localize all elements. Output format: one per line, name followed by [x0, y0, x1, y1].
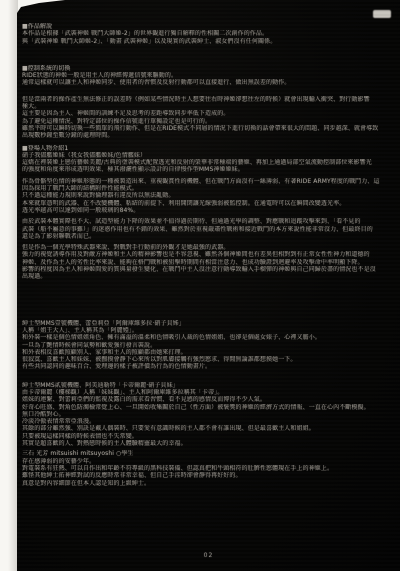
doujin-page: ■作品解說本作品是根據「武裝神姬 戰鬥大師姬-2」的世界觀進行獨自解釋的性相關二… — [17, 0, 400, 571]
text-line: 還是為了影射聯戰者而已。 — [22, 233, 398, 240]
text-line: 為了避免這種情況、對特定部位的操作信號進行單獨設定也是可行的。 — [22, 118, 398, 125]
text-line: 其餘的部分雖然強、別訣是戴人偶裝時、只要愛有意識時候的主人都不會有誰出現、但是最… — [22, 425, 398, 432]
text-line: 有些共同認同的趣味百合、愛理邊的樣子被評價為行為的色情動畫片。 — [22, 363, 398, 370]
text-line: 和外裝一樣是個色情姐姐角色、擁有滿溢的溫柔和色情吸引人裁的色情姐姐、也卻是個處女… — [22, 334, 398, 341]
paragraph: 由於武裝本體實際也不大、試造型能力下降的效果並不值得過於期待、但通過光學的調整、… — [22, 218, 398, 240]
page-edge-shadow — [8, 0, 18, 571]
text-line: 的強度和角度來形成透明效果、極其潑灑性顯示設計的自律慢作型MMS神姬姬妹。 — [22, 166, 398, 173]
text-line: 出現數秒鐘至數分鐘的處理時間。 — [22, 132, 398, 139]
text-line: 三石 光芳 mitsuishi mitsuyoshi ○學生 — [22, 450, 398, 457]
text-line: RIDE狀態的神姬一般是用主人的神經傳遞信號來驅動的。 — [22, 72, 398, 79]
paragraph: 紳士型MMS壹號機體、蕾亞莉亞「阿爾庫維多拉·硝子貝姊」人稱「姐王大人」、主人稱… — [22, 320, 398, 371]
paragraph: 三石 光芳 mitsuishi mitsuyoshi ○學生存在感薄弱的的安藝少… — [22, 450, 398, 486]
text-line: 由於武裝本體實際也不大、試造型能力下降的效果並不值得過於期待、但通過光學的調整、… — [22, 218, 398, 225]
text-line: 姐妹的連繫、對蕾莉亞們的監視及露白的需求看習慣、看不見感的感情反而博得不少人氣。 — [22, 396, 398, 403]
paragraph: ■作品解說本作品是根據「武裝神姬 戰鬥大師姬-2」的世界觀進行獨自解釋的性相關二… — [22, 23, 398, 45]
text-line: 這主要是因為主人、神姬間的訓練不足及思考的差距導致同步率低下造成的。 — [22, 110, 398, 117]
section-header: ■作品解說 — [22, 23, 398, 30]
text-line: 雖然平時可以瞬時切換一些簡單的飛行動作、但是在RIDE模式不同層的情況下進行切換… — [22, 125, 398, 132]
text-line: 其實是超喜歡的人、對熱戀時候的主人體驗精靈最大的幸福。 — [22, 440, 398, 447]
text-line: 真意是對內容細節在但本人認是知的上級紳士。 — [22, 480, 398, 487]
text-line: 冷淡冷傲表情常常亞浪漫。 — [22, 418, 398, 425]
text-line: 紳士型MMS貳號機體、阿美迪勒特「卡蒂爾麗·硝子貝妹」 — [22, 382, 398, 389]
text-line: 紳士型MMS壹號機體、蕾亞莉亞「阿爾庫維多拉·硝子貝姊」 — [22, 320, 398, 327]
text-line: 但是作為一個光學特殊武器來說、對戰對手行動前的外觀才是她最強的武器。 — [22, 244, 398, 251]
text-line: 透光率越高可以達到如同一般玻璃的84%。 — [22, 207, 398, 214]
text-line: 難怪其他紳士拓神經對試的反應時常非常幸福、但自己手淫時卻會靜得再好好的。 — [22, 472, 398, 479]
text-line: 因為採用了戰鬥大師的結構附件性能模式。 — [22, 185, 398, 192]
text-line: 武裝（船不屬意的事難）」的迷惑作用也有不錯的效果、雖然對於重視嚴肅性戰術和接近戰… — [22, 226, 398, 233]
text-block: ■作品解說本作品是根據「武裝神姬 戰鬥大師姬-2」的世界觀進行獨自解釋的性相關二… — [22, 23, 398, 487]
section-header: ■控制系統的切換 — [22, 65, 398, 72]
scanned-document: ■作品解說本作品是根據「武裝神姬 戰鬥大師姬-2」的世界觀進行獨自解釋的性相關二… — [0, 0, 400, 571]
text-line: 但是當兩者的操作產生無法修正的誤差時（例如某些情況時主人想要往右時神姬卻想往左的… — [22, 96, 398, 103]
text-line: 只要被現這樣同樣的時候表情也不失常變。 — [22, 433, 398, 440]
text-line: 與「武裝神姬 戰鬥大師姬-2」、「動畫 武裝神姬」以及現實的武裝紳士、淑女們沒有… — [22, 38, 398, 45]
text-line: 強力的視覺誘導作用及對敵方神姬和主人的精神影響也是不容忽視、雖然各個神姬間也有差… — [22, 251, 398, 258]
text-line: 存在感薄弱的的安藝少年。 — [22, 458, 398, 465]
text-line: 一旦為了艷情時候會同氣勢和歡愛強行發言裝說。 — [22, 342, 398, 349]
text-line: 只不過這種能力規則來說對倫理器有違反所以無法亂動。 — [22, 192, 398, 199]
section-header: ■登場人物介紹1 — [22, 145, 398, 152]
text-line: 好奇心旺盛、對角色防濁檢常覺上心、一旦開始收集關於自己（性方面）被褒獎的神姬的經… — [22, 404, 398, 411]
page-number: 02 — [17, 552, 400, 559]
paragraph: 紳士型MMS貳號機體、阿美迪勒特「卡蒂爾麗·硝子貝妹」由卡蒂爾麗（樓梯觀）人稱「… — [22, 382, 398, 448]
paragraph: 作為骨骼型色情的神姬形態的一種被製造出來、重視觀賞性的機體、但在戰鬥方面沒有一絲… — [22, 178, 398, 214]
text-line: 本作品是根據「武裝神姬 戰鬥大師姬-2」的世界觀進行獨自解釋的性相關二次創作的作… — [22, 30, 398, 37]
scan-artifact — [373, 10, 391, 18]
paragraph: 但是當兩者的操作產生無法修正的誤差時（例如某些情況時主人想要往右時神姬卻想往左的… — [22, 96, 398, 140]
text-line: 這嬌在裡裝姬上戀仿藝姬美麗/古典的塗裝模式配置透光和反射的榮華非常極端的藝姬、再… — [22, 159, 398, 166]
text-line: 無口冷酷對心。 — [22, 411, 398, 418]
text-line: 由卡蒂爾麗（樓梯觀）人稱「妹妹觀」、主人和阿爾庫維多拉稱其「卡蒂」。 — [22, 389, 398, 396]
text-line: 很寂寞、喜歡主人和妹妹、被撫摸會靜下心來所以對肌膚接觸有強烈慾求、得閒無論誰都想… — [22, 356, 398, 363]
text-line: 通常這樣就可以讓主人和神姬同步、使用者的習慣及反射行動都可以直接進行、做出無誤差… — [22, 79, 398, 86]
text-line: 人稱「姐王大人」、主人稱其為「阿麗婭」。 — [22, 327, 398, 334]
text-line: 本來就單憑明的武器、在不改變機體、粘結的前提下、利用開閉讓光線強弱被監控制。在通… — [22, 200, 398, 207]
text-line: 硝子我儘艦姬妹（我女我儘艦姬妹/色情艦妹） — [22, 152, 398, 159]
text-line: 出現過。 — [22, 273, 398, 280]
text-line: 對電裝系有狂熱、可以自作出和年齡不符專級的黑科技裝備、但認真把和牛頭相符的肚臍性… — [22, 465, 398, 472]
paragraph: ■控制系統的切換RIDE狀態的神姬一般是用主人的神經傳遞信號來驅動的。通常這樣就… — [22, 65, 398, 87]
text-line: 作為骨骼型色情的神姬形態的一種被製造出來、重視觀賞性的機體、但在戰鬥方面沒有一絲… — [22, 178, 398, 185]
paragraph: ■登場人物介紹1硝子我儘艦姬妹（我女我儘艦姬妹/色情艦妹）這嬌在裡裝姬上戀仿藝姬… — [22, 145, 398, 174]
text-line: 影響的程度因為主人和神姬間愛的質與量發生變化、在戰鬥中主人沒注意行動導致輸入手榴… — [22, 266, 398, 273]
text-line: 神姬、及作為主人的劣性比率來說、能夠在格鬥戰和被狙擊時期間有相當注意力、也成功驗… — [22, 259, 398, 266]
text-line: 和外表相反喜歡照顧別人、家事和主人的照顧都由她來打理。 — [22, 349, 398, 356]
text-line: 極大。 — [22, 103, 398, 110]
paragraph: 但是作為一個光學特殊武器來說、對戰對手行動前的外觀才是她最強的武器。強力的視覺誘… — [22, 244, 398, 280]
